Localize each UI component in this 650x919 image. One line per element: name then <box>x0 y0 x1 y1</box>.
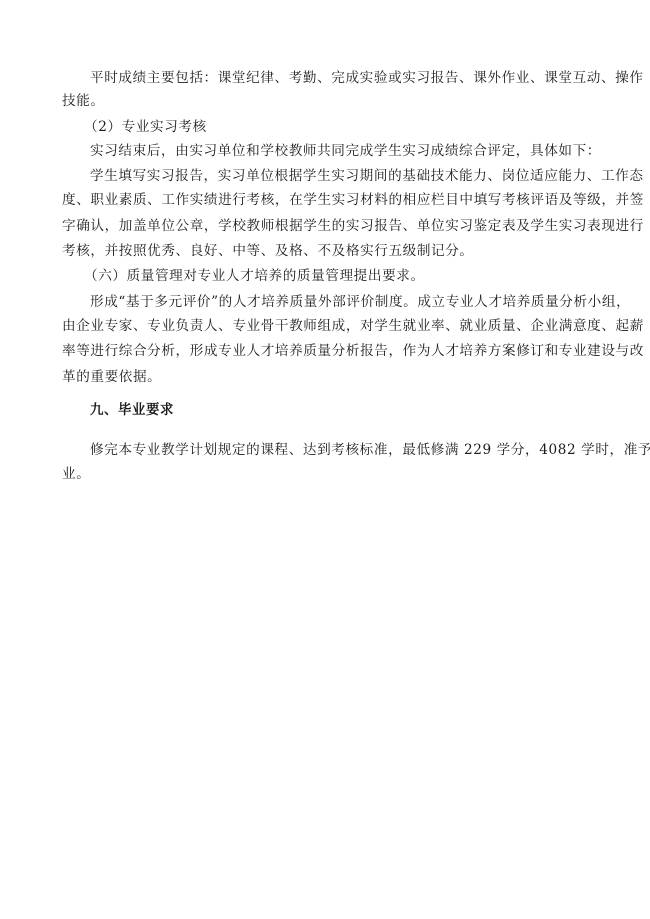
paragraph-internship-report-line-2: 度、职业素质、工作实绩进行考核，在学生实习材料的相应栏目中填写考核评语及等级，并… <box>62 191 602 209</box>
paragraph-internship-report-line-3: 字确认，加盖单位公章，学校教师根据学生的实习报告、单位实习鉴定表及学生实习表现进… <box>62 217 602 235</box>
paragraph-evaluation-line-4: 革的重要依据。 <box>62 368 602 386</box>
paragraph-usual-grades-line-2: 技能。 <box>62 92 602 110</box>
paragraph-graduation-line-2: 业。 <box>62 465 602 483</box>
subheading-internship-assessment: （2）专业实习考核 <box>84 118 596 136</box>
paragraph-internship-report-line-4: 考核，并按照优秀、良好、中等、及格、不及格实行五级制记分。 <box>62 242 602 260</box>
paragraph-graduation-line-1: 修完本专业教学计划规定的课程、达到考核标准，最低修满 229 学分，4082 学… <box>90 441 602 459</box>
paragraph-evaluation-line-1: 形成“基于多元评价”的人才培养质量外部评价制度。成立专业人才培养质量分析小组， <box>90 293 602 311</box>
paragraph-evaluation-line-3: 率等进行综合分析，形成专业人才培养质量分析报告，作为人才培养方案修订和专业建设与… <box>62 342 602 360</box>
paragraph-usual-grades-line-1: 平时成绩主要包括：课堂纪律、考勤、完成实验或实习报告、课外作业、课堂互动、操作 <box>90 69 602 87</box>
heading-quality-management: （六）质量管理对专业人才培养的质量管理提出要求。 <box>84 267 596 285</box>
paragraph-internship-intro: 实习结束后，由实习单位和学校教师共同完成学生实习成绩综合评定，具体如下： <box>90 142 602 160</box>
section-heading-graduation-requirements: 九、毕业要求 <box>90 402 602 420</box>
paragraph-evaluation-line-2: 由企业专家、专业负责人、专业骨干教师组成，对学生就业率、就业质量、企业满意度、起… <box>62 317 602 335</box>
paragraph-internship-report-line-1: 学生填写实习报告，实习单位根据学生实习期间的基础技术能力、岗位适应能力、工作态 <box>90 167 602 185</box>
document-page: 平时成绩主要包括：课堂纪律、考勤、完成实验或实习报告、课外作业、课堂互动、操作 … <box>0 0 650 919</box>
